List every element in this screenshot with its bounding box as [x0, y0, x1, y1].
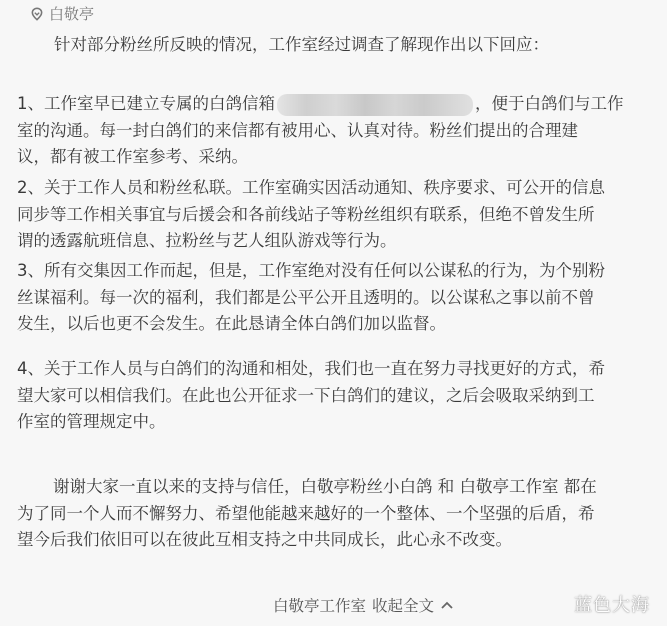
- location-pin-icon: [30, 7, 44, 21]
- closing-paragraph: 谢谢大家一直以来的支持与信任，白敬亭粉丝小白鸽 和 白敬亭工作室 都在 为了同一…: [17, 474, 667, 554]
- point-3: 3、所有交集因工作而起，但是，工作室绝对没有任何以公谋私的行为，为个别粉 丝谋福…: [17, 258, 667, 338]
- collapse-button[interactable]: 收起全文: [372, 594, 454, 616]
- point-1-line-2: 室的沟通。每一封白鸽们的来信都有被用心、认真对待。粉丝们提出的合理建: [17, 118, 667, 145]
- author-name: 白敬亭: [49, 3, 94, 24]
- closing-line-1: 谢谢大家一直以来的支持与信任，白敬亭粉丝小白鸽 和 白敬亭工作室 都在: [17, 474, 667, 501]
- watermark: 蓝色大海: [574, 591, 650, 617]
- point-3-line-1: 3、所有交集因工作而起，但是，工作室绝对没有任何以公谋私的行为，为个别粉: [17, 258, 667, 285]
- post-card: 白敬亭 针对部分粉丝所反映的情况，工作室经过调查了解现作出以下回应： 1、工作室…: [0, 0, 667, 626]
- collapse-label: 收起全文: [372, 594, 434, 616]
- point-4-line-3: 作室的管理规定中。: [17, 409, 667, 436]
- point-4-line-2: 望大家可以相信我们。在此也公开征求一下白鸽们的建议，之后会吸取采纳到工: [17, 383, 667, 410]
- point-1-line-1a: 1、工作室早已建立专属的白鸽信箱: [17, 94, 275, 113]
- point-1-line-1b: ，便于白鸽们与工作: [475, 94, 624, 113]
- point-3-line-2: 丝谋福利。每一次的福利，我们都是公平公开且透明的。以公谋私之事以前不曾: [17, 285, 667, 312]
- point-4: 4、关于工作人员与白鸽们的沟通和相处，我们也一直在努力寻找更好的方式，希 望大家…: [17, 356, 667, 436]
- point-1: 1、工作室早已建立专属的白鸽信箱，便于白鸽们与工作 室的沟通。每一封白鸽们的来信…: [17, 91, 667, 171]
- closing-line-2: 为了同一个人而不懈努力、希望他能越来越好的一个整体、一个坚强的后盾，希: [17, 501, 667, 528]
- point-2-line-3: 谓的透露航班信息、拉粉丝与艺人组队游戏等行为。: [17, 228, 667, 255]
- point-2: 2、关于工作人员和粉丝私联。工作室确实因活动通知、秩序要求、可公开的信息 同步等…: [17, 175, 667, 255]
- point-1-line-3: 议，都有被工作室参考、采纳。: [17, 144, 667, 171]
- point-2-line-2: 同步等工作相关事宜与后援会和各前线站子等粉丝组织有联系，但绝不曾发生所: [17, 202, 667, 229]
- point-3-line-3: 发生，以后也更不会发生。在此恳请全体白鸽们加以监督。: [17, 311, 667, 338]
- chevron-up-icon: [440, 600, 454, 610]
- signature: 白敬亭工作室: [273, 594, 366, 616]
- author-tag[interactable]: 白敬亭: [30, 3, 94, 24]
- point-2-line-1: 2、关于工作人员和粉丝私联。工作室确实因活动通知、秩序要求、可公开的信息: [17, 175, 667, 202]
- redacted-email: [277, 94, 473, 116]
- point-4-line-1: 4、关于工作人员与白鸽们的沟通和相处，我们也一直在努力寻找更好的方式，希: [17, 356, 667, 383]
- intro-text: 针对部分粉丝所反映的情况，工作室经过调查了解现作出以下回应：: [54, 32, 667, 59]
- closing-line-3: 望今后我们依旧可以在彼此互相支持之中共同成长，此心永不改变。: [17, 527, 667, 554]
- post-footer: 白敬亭工作室 收起全文: [273, 594, 454, 616]
